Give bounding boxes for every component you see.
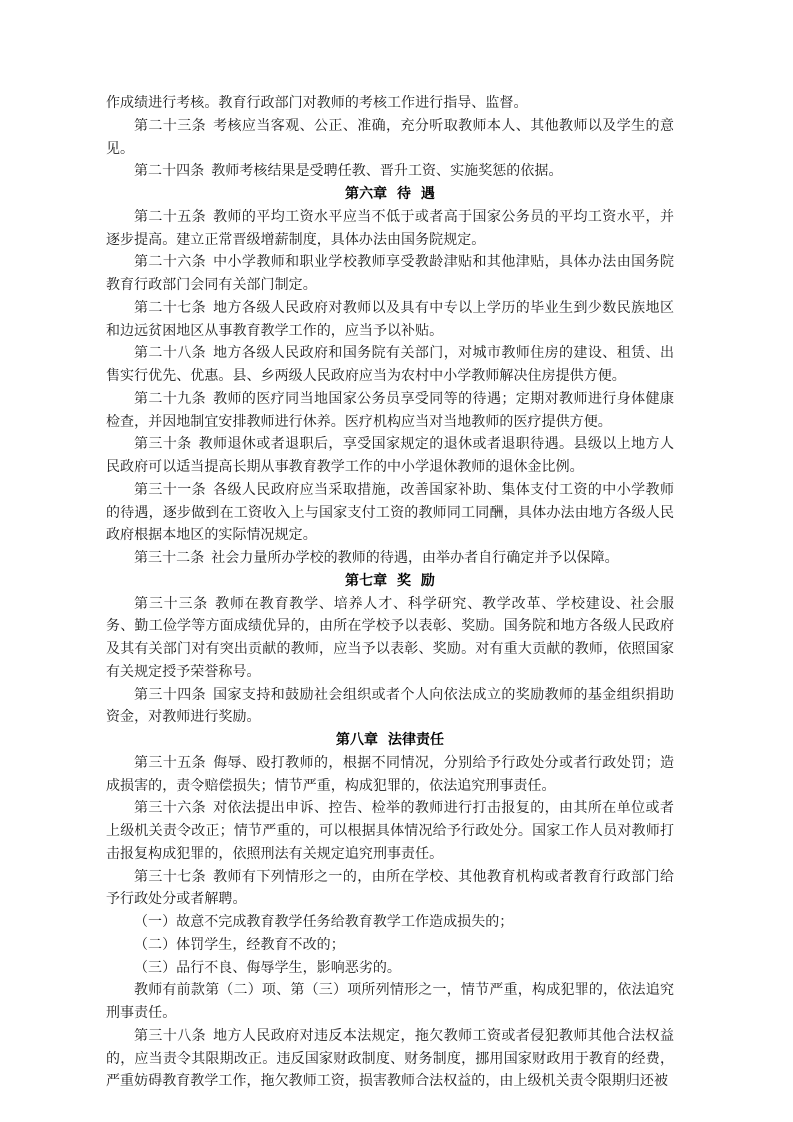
article-number: 第三十一条: [134, 482, 206, 498]
chapter-heading-6: 第六章 待 遇: [106, 183, 674, 206]
article-36: 第三十六条对依法提出申诉、控告、检举的教师进行打击报复的，由其所在单位或者上级机…: [106, 797, 674, 865]
article-number: 第二十三条: [134, 118, 206, 134]
article-number: 第三十六条: [134, 800, 206, 816]
paragraph-text: 教师有前款第（二）项、第（三）项所列情形之一，情节严重，构成犯罪的，依法追究刑事…: [106, 982, 674, 1021]
article-34: 第三十四条国家支持和鼓励社会组织或者个人向依法成立的奖励教师的基金组织捐助资金，…: [106, 684, 674, 730]
list-item-3: （三）品行不良、侮辱学生，影响恶劣的。: [106, 957, 674, 980]
list-item-1: （一）故意不完成教育教学任务给教育教学工作造成损失的；: [106, 911, 674, 934]
article-number: 第二十五条: [134, 209, 206, 225]
article-24: 第二十四条教师考核结果是受聘任教、晋升工资、实施奖惩的依据。: [106, 160, 674, 183]
article-number: 第二十七条: [134, 300, 206, 316]
list-item-2: （二）体罚学生，经教育不改的；: [106, 934, 674, 957]
article-number: 第三十条: [134, 436, 192, 452]
article-35: 第三十五条侮辱、殴打教师的，根据不同情况，分别给予行政处分或者行政处罚；造成损害…: [106, 752, 674, 798]
document-page: 作成绩进行考核。教育行政部门对教师的考核工作进行指导、监督。 第二十三条考核应当…: [106, 92, 674, 1093]
article-29: 第二十九条教师的医疗同当地国家公务员享受同等的待遇；定期对教师进行身体健康检查，…: [106, 388, 674, 434]
paragraph-text: 作成绩进行考核。教育行政部门对教师的考核工作进行指导、监督。: [106, 95, 528, 111]
article-number: 第三十五条: [134, 755, 206, 771]
article-27: 第二十七条地方各级人民政府对教师以及具有中专以上学历的毕业生到少数民族地区和边远…: [106, 297, 674, 343]
article-30: 第三十条教师退休或者退职后，享受国家规定的退休或者退职待遇。县级以上地方人民政府…: [106, 433, 674, 479]
article-28: 第二十八条地方各级人民政府和国务院有关部门，对城市教师住房的建设、租赁、出售实行…: [106, 342, 674, 388]
article-number: 第二十六条: [134, 254, 206, 270]
article-number: 第二十四条: [134, 163, 204, 179]
article-25: 第二十五条教师的平均工资水平应当不低于或者高于国家公务员的平均工资水平，并逐步提…: [106, 206, 674, 252]
article-38: 第三十八条地方人民政府对违反本法规定，拖欠教师工资或者侵犯教师其他合法权益的，应…: [106, 1025, 674, 1093]
paragraph-continuation: 作成绩进行考核。教育行政部门对教师的考核工作进行指导、监督。: [106, 92, 674, 115]
chapter-heading-8: 第八章 法律责任: [106, 729, 674, 752]
paragraph-clause: 教师有前款第（二）项、第（三）项所列情形之一，情节严重，构成犯罪的，依法追究刑事…: [106, 979, 674, 1025]
article-number: 第三十七条: [134, 869, 206, 885]
article-text: 教师考核结果是受聘任教、晋升工资、实施奖惩的依据。: [211, 163, 562, 179]
article-number: 第三十二条: [134, 550, 204, 566]
article-number: 第二十九条: [134, 391, 206, 407]
article-number: 第二十八条: [134, 345, 206, 361]
article-31: 第三十一条各级人民政府应当采取措施，改善国家补助、集体支付工资的中小学教师的待遇…: [106, 479, 674, 547]
article-33: 第三十三条教师在教育教学、培养人才、科学研究、教学改革、学校建设、社会服务、勤工…: [106, 593, 674, 684]
chapter-heading-7: 第七章 奖 励: [106, 570, 674, 593]
article-37: 第三十七条教师有下列情形之一的，由所在学校、其他教育机构或者教育行政部门给予行政…: [106, 866, 674, 912]
article-23: 第二十三条考核应当客观、公正、准确，充分听取教师本人、其他教师以及学生的意见。: [106, 115, 674, 161]
article-number: 第三十八条: [134, 1028, 206, 1044]
article-number: 第三十四条: [134, 687, 206, 703]
article-32: 第三十二条社会力量所办学校的教师的待遇，由举办者自行确定并予以保障。: [106, 547, 674, 570]
article-26: 第二十六条中小学教师和职业学校教师享受教龄津贴和其他津贴，具体办法由国务院教育行…: [106, 251, 674, 297]
article-text: 社会力量所办学校的教师的待遇，由举办者自行确定并予以保障。: [211, 550, 618, 566]
article-number: 第三十三条: [134, 596, 208, 612]
